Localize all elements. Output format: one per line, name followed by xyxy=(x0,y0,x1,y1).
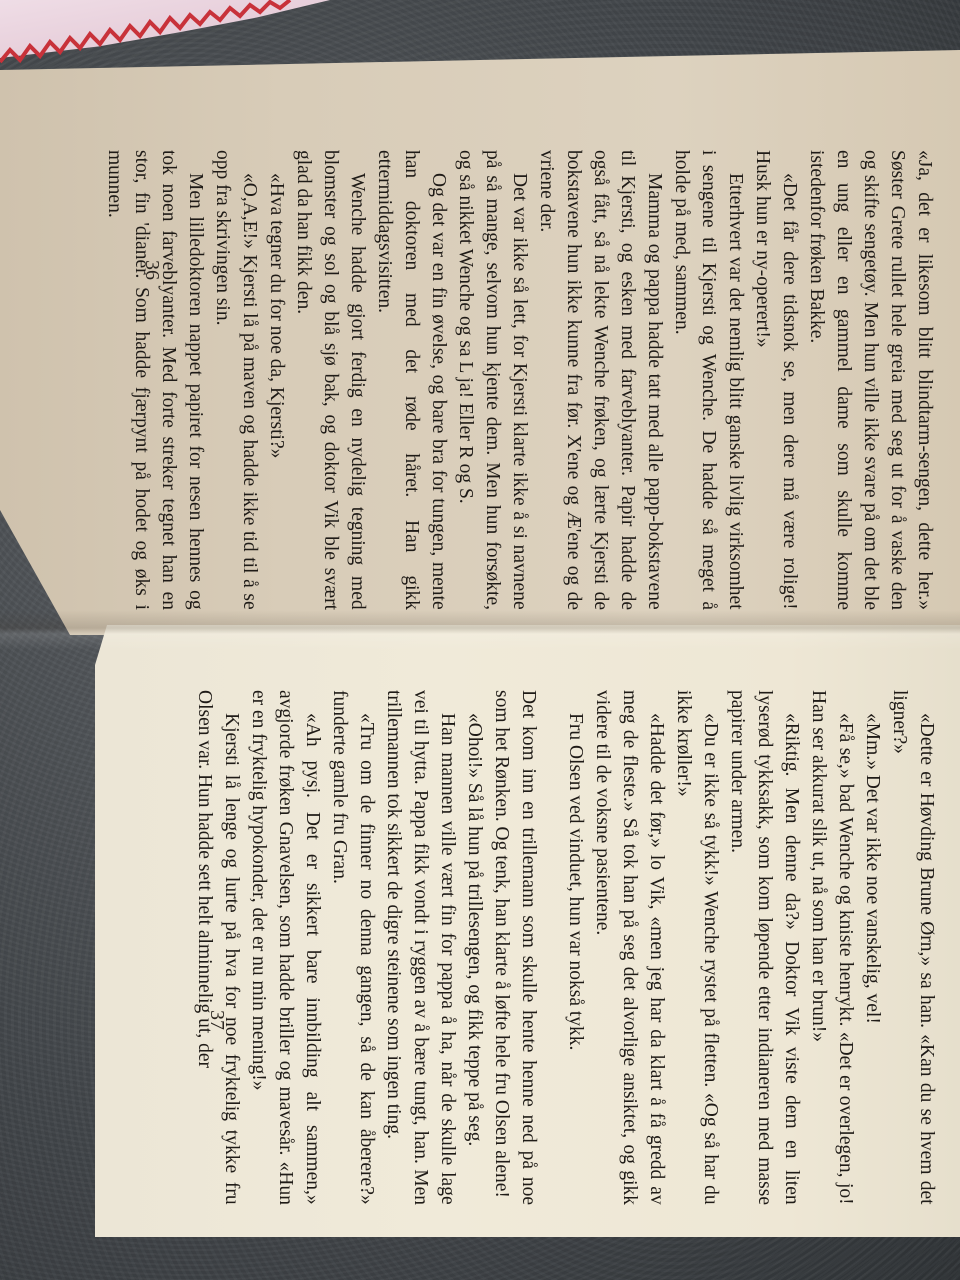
paragraph: Men lilledoktoren nappet papiret for nes… xyxy=(101,150,209,610)
red-stitching xyxy=(0,0,330,70)
paragraph: Og det var en fin øvelse, og bare bra fo… xyxy=(371,150,452,610)
book-gutter xyxy=(0,610,960,650)
paragraph: «Hva tegner du for noe da, Kjersti?» xyxy=(263,150,290,610)
paragraph: Wenche hadde gjort ferdig en nydelig teg… xyxy=(290,150,371,610)
left-page-text: «Ja, det er likesom blitt blindtarm-seng… xyxy=(178,150,938,610)
paragraph: Fru Olsen ved vinduet, hun var nokså tyk… xyxy=(562,690,589,1205)
paragraph: Det var ikke så lett, for Kjersti klarte… xyxy=(452,150,533,610)
paragraph: Kjersti lå lenge og lurte på hva for noe… xyxy=(191,690,245,1205)
paragraph: «Dette er Høvding Brune Ørn,» sa han. «K… xyxy=(886,690,940,1205)
paragraph: «O,A,E!» Kjersti lå på maven og hadde ik… xyxy=(209,150,263,610)
paragraph: «Det får dere tidsnok se, men dere må væ… xyxy=(749,150,803,610)
paragraph: «Hadde det før,» lo Vik, «men jeg har da… xyxy=(589,690,670,1205)
paragraph: «Ohoi!» Så lå hun på trillesengen, og fi… xyxy=(461,690,488,1205)
paragraph: «Ah pysj. Det er sikkert bare innbilding… xyxy=(245,690,326,1205)
paragraph: «Tru om de finner no denna gangen, så de… xyxy=(326,690,380,1205)
paragraph: Han mannen ville vært fin for pappa å ha… xyxy=(380,690,461,1205)
paragraph: «Ja, det er likesom blitt blindtarm-seng… xyxy=(803,150,938,610)
paragraph: «Mm.» Det var ikke noe vanskelig, vel! xyxy=(859,690,886,1205)
page-number-left: 36 xyxy=(140,260,163,280)
page-number-right: 37 xyxy=(205,1010,228,1030)
paragraph: Mamma og pappa hadde tatt med alle papp-… xyxy=(533,150,668,610)
paragraph: Det kom inn en trillemann som skulle hen… xyxy=(488,690,542,1205)
paragraph: «Få se,» bad Wenche og kniste henrykt. «… xyxy=(805,690,859,1205)
paragraph: «Riktig. Men denne da?» Doktor Vik viste… xyxy=(724,690,805,1205)
right-page-text: «Dette er Høvding Brune Ørn,» sa han. «K… xyxy=(250,690,940,1205)
paragraph: Etterhvert var det nemlig blitt ganske l… xyxy=(668,150,749,610)
paragraph: «Du er ikke så tykk!» Wenche rystet på f… xyxy=(670,690,724,1205)
